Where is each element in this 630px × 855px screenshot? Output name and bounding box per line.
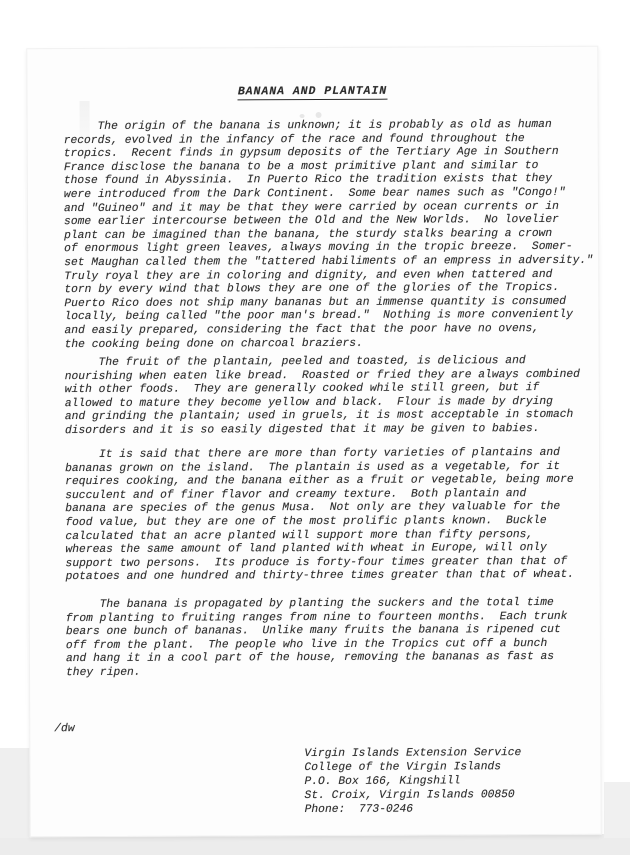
scanned-document: BANANA AND PLANTAIN The origin of the ba… [0,0,630,855]
document-body: BANANA AND PLANTAIN The origin of the ba… [27,47,600,836]
title-row: BANANA AND PLANTAIN [27,80,597,101]
paragraph-origin-of-banana: The origin of the banana is unknown; it … [64,119,594,352]
scan-smudge [316,112,322,118]
document-title: BANANA AND PLANTAIN [238,85,387,101]
typist-initials: /dw [54,723,74,737]
address-block: Virgin Islands Extension Service College… [304,746,521,817]
scan-smudge [300,114,305,118]
paragraph-propagation: The banana is propagated by planting the… [66,597,568,681]
scanner-background-right [604,782,630,838]
scanner-background-bottom [0,834,630,855]
paragraph-varieties: It is said that there are more than fort… [65,447,574,585]
scanner-background-left [0,748,32,838]
paragraph-fruit-of-plantain: The fruit of the plantain, peeled and to… [65,355,581,439]
paper-sheet: BANANA AND PLANTAIN The origin of the ba… [26,46,601,837]
